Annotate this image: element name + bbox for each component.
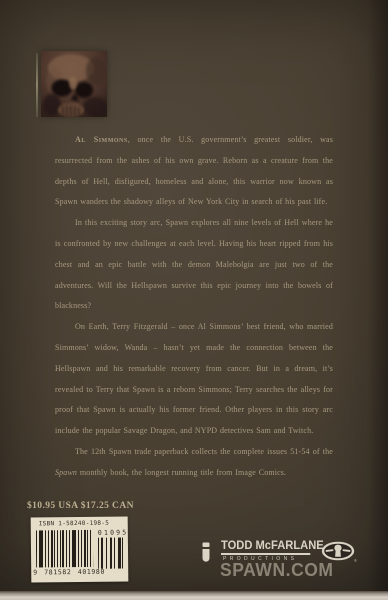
image-comics-logo-icon: [200, 542, 212, 562]
cover-background: Al Simmons, once the U.S. government’s g…: [0, 0, 388, 591]
todd-mcfarlane-lockup: TODD McFARLANE PRODUCTIONS: [221, 538, 317, 562]
spine-highlight-line: [36, 53, 38, 117]
mcfarlane-skull-oval-logo-icon: [321, 541, 355, 561]
ean-barcode-bars: [36, 530, 93, 568]
registered-mark: ®: [354, 558, 357, 563]
barcode: ISBN 1-58240-198-5 9 781582 401980 01095: [31, 516, 129, 582]
ean-digits: 9 781582 401980: [33, 568, 95, 577]
skull-photo: [41, 51, 107, 117]
barcode-addon-digits: 01095: [98, 528, 129, 536]
isbn-label: ISBN 1-58240-198-5: [39, 520, 109, 528]
back-cover-photo: Al Simmons, once the U.S. government’s g…: [0, 0, 388, 600]
todd-mcfarlane-wordmark: TODD McFARLANE: [221, 538, 310, 555]
blurb-paragraph-2: In this exciting story arc, Spawn explor…: [55, 213, 333, 317]
barcode-addon-bars: [98, 538, 124, 569]
cover-right-edge-shadow: [368, 0, 388, 591]
blurb-paragraph-1: Al Simmons, once the U.S. government’s g…: [55, 130, 333, 213]
spawn-website-text: SPAWN.COM: [220, 560, 334, 581]
price-line: $10.95 USA $17.25 CAN: [27, 501, 134, 511]
blurb-paragraph-3: On Earth, Terry Fitzgerald – once Al Sim…: [55, 317, 333, 442]
publisher-block: TODD McFARLANE PRODUCTIONS ® SPAWN.COM: [196, 536, 366, 586]
photo-bottom-edge: [0, 591, 388, 600]
character-name: Al Simmons: [75, 135, 128, 144]
back-cover-blurb: Al Simmons, once the U.S. government’s g…: [55, 130, 333, 484]
series-title: Spawn: [55, 468, 77, 477]
skull-image-icon: [41, 51, 107, 117]
blurb-paragraph-4: The 12th Spawn trade paperback collects …: [55, 442, 333, 484]
